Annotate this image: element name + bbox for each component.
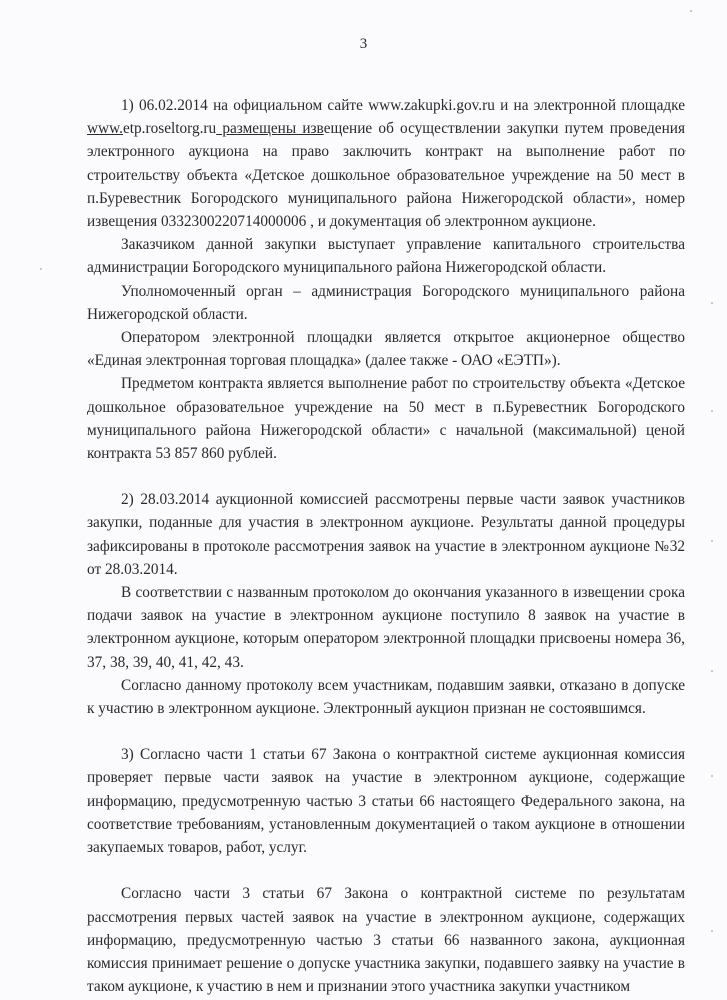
scan-speck: [40, 268, 42, 270]
scan-speck: [711, 670, 713, 672]
section-spacer: [87, 465, 685, 488]
section-4: Согласно части 3 статьи 67 Закона о конт…: [87, 882, 685, 998]
text-run: 1) 06.02.2014 на официальном сайте www.z…: [121, 97, 685, 114]
section-1: 1) 06.02.2014 на официальном сайте www.z…: [87, 94, 685, 465]
section-3: 3) Согласно части 1 статьи 67 Закона о к…: [87, 743, 685, 859]
paragraph-1-5: Предметом контракта является выполнение …: [87, 372, 685, 465]
document-body: 1) 06.02.2014 на официальном сайте www.z…: [87, 94, 685, 998]
underlined-text: размещены изв: [216, 120, 324, 137]
scan-speck: [711, 775, 713, 777]
paragraph-1-4: Оператором электронной площадки является…: [87, 326, 685, 372]
section-spacer: [87, 859, 685, 882]
page-number: 3: [0, 36, 727, 53]
scan-speck: [711, 410, 713, 412]
paragraph-3-1: 3) Согласно части 1 статьи 67 Закона о к…: [87, 743, 685, 859]
section-2: 2) 28.03.2014 аукционной комиссией рассм…: [87, 488, 685, 720]
underlined-link-text: www.: [87, 120, 123, 137]
scan-speck: [684, 150, 686, 152]
paragraph-1-2: Заказчиком данной закупки выступает упра…: [87, 233, 685, 279]
scan-speck: [711, 930, 713, 932]
paragraph-2-2: В соответствии с названным протоколом до…: [87, 581, 685, 674]
paragraph-1-3: Уполномоченный орган – администрация Бог…: [87, 280, 685, 326]
paragraph-2-1: 2) 28.03.2014 аукционной комиссией рассм…: [87, 488, 685, 581]
scan-speck: [711, 540, 713, 542]
paragraph-4-1: Согласно части 3 статьи 67 Закона о конт…: [87, 882, 685, 998]
link-text: etp.roseltorg.ru: [123, 120, 216, 137]
scan-speck: [711, 302, 713, 304]
section-spacer: [87, 720, 685, 743]
paragraph-2-3: Согласно данному протоколу всем участник…: [87, 674, 685, 720]
paragraph-1-1: 1) 06.02.2014 на официальном сайте www.z…: [87, 94, 685, 233]
scan-speck: [690, 10, 692, 12]
